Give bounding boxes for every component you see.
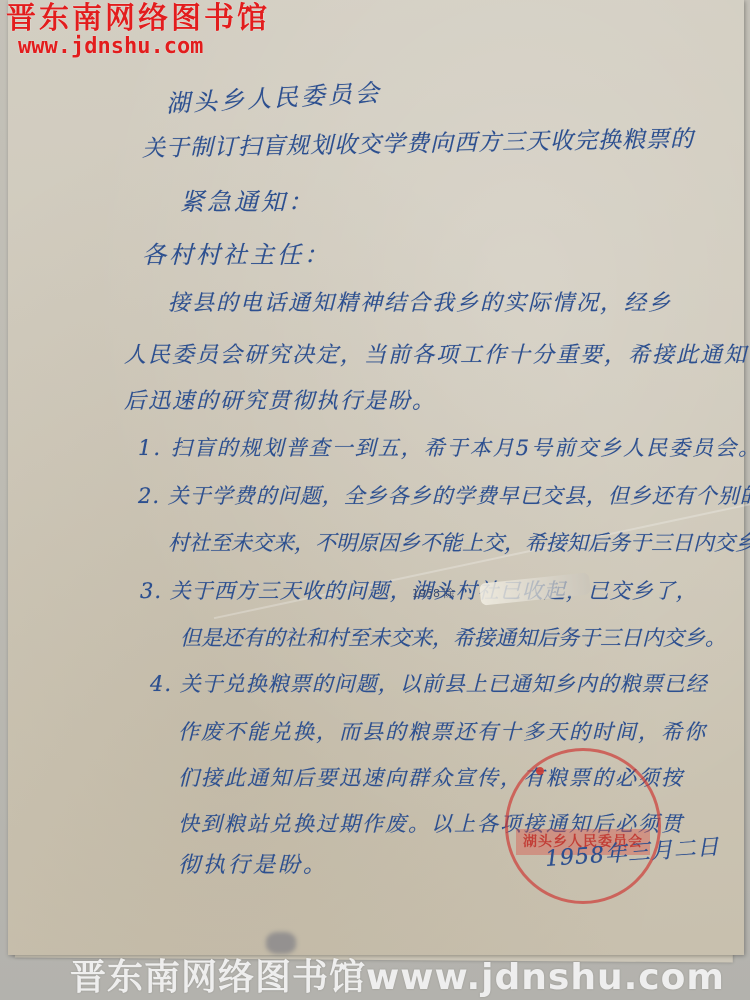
body-line-3: 后迅速的研究贯彻执行是盼。 (124, 384, 436, 415)
watermark-top: 晋东南网络图书馆 www.jdnshu.com (6, 2, 270, 58)
item-4-cont-1: 作废不能兑换，而县的粮票还有十多天的时间，希你 (178, 716, 707, 746)
item-1: 1. 扫盲的规划普查一到五，希于本月5号前交乡人民委员会。 (138, 432, 750, 462)
watermark-url: www.jdnshu.com (6, 36, 270, 58)
title-line-2: 紧急通知： (180, 182, 315, 217)
watermark-site-name: 晋东南网络图书馆 (6, 2, 270, 36)
item-4: 4. 关于兑换粮票的问题，以前县上已通知乡内的粮票已经 (150, 668, 708, 698)
item-3-cont: 但是还有的社和村至未交来，希接通知后务于三日内交乡。 (180, 622, 726, 652)
damaged-fragment: 1958 除 (412, 585, 455, 601)
body-line-2: 人民委员会研究决定，当前各项工作十分重要，希接此通知 (124, 338, 748, 369)
item-2-cont: 村社至未交来，不明原因乡不能上交，希接知后务于三日内交乡。 (168, 527, 750, 557)
seal-star-icon (536, 767, 544, 775)
item-2: 2. 关于学费的问题，全乡各乡的学费早已交县，但乡还有个别的 (138, 480, 750, 510)
salutation: 各村村社主任： (142, 235, 331, 270)
item-4-cont-4: 彻执行是盼。 (178, 848, 328, 879)
official-red-seal: 湖头乡人民委员会 (505, 748, 661, 904)
ink-stain (266, 932, 296, 954)
body-line-1: 接县的电话通知精神结合我乡的实际情况，经乡 (168, 286, 672, 317)
watermark-bottom: 晋东南网络图书馆www.jdnshu.com (70, 955, 750, 1000)
